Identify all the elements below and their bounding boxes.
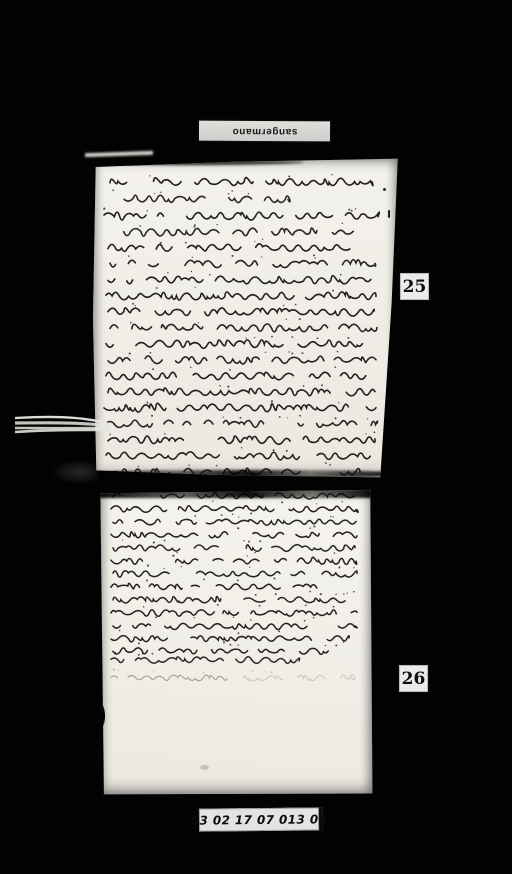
frame-number-tag-25: 25 — [400, 273, 429, 300]
film-header-label: sangermano — [199, 121, 330, 142]
manuscript-page-25 — [92, 158, 399, 480]
frame-number-26: 26 — [402, 669, 426, 689]
microfilm-frame: sangermano 25 26 03 02 17 07 013 02 — [0, 0, 512, 874]
shelfmark-text: 03 02 17 07 013 02 — [191, 812, 328, 827]
film-smudge — [50, 460, 98, 484]
frame-number-tag-26: 26 — [399, 665, 428, 692]
binding-threads — [15, 410, 111, 444]
frame-number-25: 25 — [403, 277, 427, 297]
manuscript-page-26 — [99, 489, 373, 795]
page-bottom-edge-smudge — [98, 470, 393, 478]
film-header-label-text: sangermano — [232, 125, 298, 136]
margin-mark — [383, 188, 386, 191]
page-top-edge-smudge — [99, 489, 373, 498]
margin-mark — [388, 210, 390, 218]
shelfmark-label: 03 02 17 07 013 02 — [199, 807, 323, 831]
handwriting-page-25 — [92, 158, 399, 480]
page-edge-highlight — [85, 151, 153, 157]
paper-speck — [200, 765, 209, 770]
binding-threads-drawing — [15, 410, 111, 444]
handwriting-page-26 — [99, 489, 373, 795]
